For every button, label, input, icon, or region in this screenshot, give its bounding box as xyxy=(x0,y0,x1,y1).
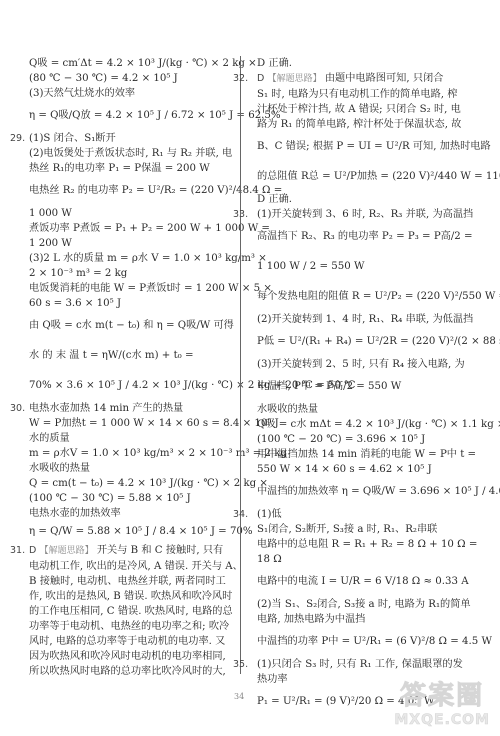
question-start-line: 31.D 【解题思路】 开关与 B 和 C 接触时, 只有 xyxy=(10,543,232,559)
page-number: 34 xyxy=(234,692,244,701)
line-text: B、C 错误; 根据 P = UI = U²/R 可知, 加热时电路 xyxy=(257,141,491,152)
text-line: 60 s = 3.6 × 10⁵ J xyxy=(10,296,232,311)
text-line: 由 Q吸 = c水 m(t − t₀) 和 η = Q吸/W 可得 xyxy=(10,311,232,341)
line-text: 的总阻值 R总 = U²/P加热 = (220 V)²/440 W = 110 … xyxy=(257,171,500,182)
line-text: (1)S 闭合、S₁断开 xyxy=(29,133,116,144)
text-line: S₁ 时, 电路为只有电动机工作的简单电路, 榨 xyxy=(257,87,485,102)
text-line: 风时, 电路的总功率等于电动机的电功率. 又 xyxy=(10,634,232,649)
line-text: 中温挡的加热效率 η = Q吸/W = 3.696 × 10⁵ J / 4.62… xyxy=(257,486,500,497)
text-line: (80 ℃ − 30 ℃) = 4.2 × 10⁵ J xyxy=(10,71,232,86)
text-line: 路为 R₁ 的简单电路, 榨汁杯处于保温状态, 故 xyxy=(257,117,485,132)
text-line: 70% × 3.6 × 10⁵ J / 4.2 × 10³ J/(kg · ℃)… xyxy=(10,371,232,401)
line-text: (100 ℃ − 30 ℃) = 5.88 × 10⁵ J xyxy=(29,493,191,504)
line-text: 由 Q吸 = c水 m(t − t₀) 和 η = Q吸/W 可得 xyxy=(29,320,234,331)
line-text: D 正确. xyxy=(257,58,292,69)
question-start-line: 30.电热水壶加热 14 min 产生的热量 xyxy=(10,401,232,416)
line-text: (2)当 S₁、S₂闭合, S₃接 a 时, 电路为 R₁的简单 xyxy=(257,599,471,610)
watermark-logo: 答案圈 xyxy=(394,675,490,712)
line-text: 1 100 W / 2 = 550 W xyxy=(257,261,364,272)
text-line: W = P加热t = 1 000 W × 14 × 60 s = 8.4 × 1… xyxy=(10,416,232,431)
line-text: Q吸 = c水 mΔt = 4.2 × 10³ J/(kg · ℃) × 1.1… xyxy=(257,419,500,430)
text-line: 的总阻值 R总 = U²/P加热 = (220 V)²/440 W = 110 … xyxy=(257,162,485,192)
answer-choice: D xyxy=(29,545,36,556)
line-text: 2 × 10⁻³ m³ = 2 kg xyxy=(29,268,127,279)
line-text: (80 ℃ − 30 ℃) = 4.2 × 10⁵ J xyxy=(29,73,178,84)
text-line: D 正确. xyxy=(257,192,485,207)
right-column: D 正确.32.D 【解题思路】 由题中电路图可知, 只闭合S₁ 时, 电路为只… xyxy=(257,56,485,717)
text-line: 水吸收的热量 xyxy=(257,402,485,417)
text-line: 2 × 10⁻³ m³ = 2 kg xyxy=(10,266,232,281)
watermark-url: MXQE.COM xyxy=(394,712,490,728)
answer-choice: D xyxy=(257,73,264,84)
line-text: P低 = U²/(R₁ + R₄) = U²/2R = (220 V)²/(2 … xyxy=(257,336,500,347)
line-text: η = Q吸/Q放 = 4.2 × 10⁵ J / 6.72 × 10⁵ J =… xyxy=(29,110,281,121)
text-line: 水 的 末 温 t = ηW/(c水 m) + t₀ = xyxy=(10,341,232,371)
line-text: (3)2 L 水的质量 m = ρ水 V = 1.0 × 10³ kg/m³ × xyxy=(29,253,267,264)
question-start-line: 32.D 【解题思路】 由题中电路图可知, 只闭合 xyxy=(257,71,485,87)
line-text: 汁杯处于榨汁挡, 故 A 错误; 只闭合 S₂ 时, 电 xyxy=(257,104,461,115)
text-line: (3)开关旋转到 2、5 时, 只有 R₄ 接入电路, 为 xyxy=(257,357,485,372)
line-text: 因为吹热风和吹冷风时电动机的电功率相同, xyxy=(29,651,226,662)
text-line: (100 ℃ − 20 ℃) = 3.696 × 10⁵ J xyxy=(257,432,485,447)
line-text: 水 的 末 温 t = ηW/(c水 m) + t₀ = xyxy=(29,350,194,361)
line-text: 电路中的电流 I = U/R = 6 V/18 Ω ≈ 0.33 A xyxy=(257,576,469,587)
text-line: B 接触时, 电动机、电热丝并联, 两者同时工 xyxy=(10,574,232,589)
column-divider xyxy=(240,56,241,674)
text-line: 电饭煲消耗的电能 W = P煮饭t时 = 1 200 W × 5 × xyxy=(10,281,232,296)
text-line: (2)开关旋转到 1、4 时, R₁、R₄ 串联, 为低温挡 xyxy=(257,312,485,327)
question-start-line: 35.(1)只闭合 S₃ 时, 只有 R₁ 工作, 保温眼罩的发 xyxy=(257,657,485,672)
text-line: 热丝 R₁的电功率 P₁ = P保温 = 200 W xyxy=(10,161,232,176)
line-text: 电路, 加热电路为中温挡 xyxy=(257,614,365,625)
line-text: (2)开关旋转到 1、4 时, R₁、R₄ 串联, 为低温挡 xyxy=(257,314,473,325)
text-line: 1 200 W xyxy=(10,236,232,251)
text-line: 中温挡的加热效率 η = Q吸/W = 3.696 × 10⁵ J / 4.62… xyxy=(257,477,485,507)
text-line: 550 W × 14 × 60 s = 4.62 × 10⁵ J xyxy=(257,462,485,477)
line-text: 所以吹热风时电路的总功率比吹冷风时的大, xyxy=(29,666,226,677)
line-text: (2)电饭煲处于煮饭状态时, R₁ 与 R₂ 并联, 电 xyxy=(29,148,232,159)
question-number: 34. xyxy=(233,507,248,522)
text-line: (100 ℃ − 30 ℃) = 5.88 × 10⁵ J xyxy=(10,491,232,506)
line-text: 功率等于电动机、电热丝的电功率之和; 吹冷 xyxy=(29,621,229,632)
text-line: 因为吹热风和吹冷风时电动机的电功率相同, xyxy=(10,649,232,664)
text-line: 水的质量 xyxy=(10,431,232,446)
line-text: 水的质量 xyxy=(29,433,70,444)
text-line: 1 000 W xyxy=(10,206,232,221)
text-line: (2)电饭煲处于煮饭状态时, R₁ 与 R₂ 并联, 电 xyxy=(10,146,232,161)
solution-hint-tag: 【解题思路】 xyxy=(40,546,94,556)
text-line: 功率等于电动机、电热丝的电功率之和; 吹冷 xyxy=(10,619,232,634)
line-text: 550 W × 14 × 60 s = 4.62 × 10⁵ J xyxy=(257,464,432,475)
watermark: 答案圈 MXQE.COM xyxy=(394,675,490,728)
text-line: 18 Ω xyxy=(257,552,485,567)
line-text: 的工作电压相同, C 错误. 吹热风时, 电路的总 xyxy=(29,606,233,617)
line-text: (1)只闭合 S₃ 时, 只有 R₁ 工作, 保温眼罩的发 xyxy=(257,659,463,670)
line-text: 作, 吹出的是热风, B 错误. 吹热风和吹冷风时 xyxy=(29,591,232,602)
line-text: (3)开关旋转到 2、5 时, 只有 R₄ 接入电路, 为 xyxy=(257,359,465,370)
text-line: 电路中的电流 I = U/R = 6 V/18 Ω ≈ 0.33 A xyxy=(257,567,485,597)
text-line: 1 100 W / 2 = 550 W xyxy=(257,252,485,282)
line-text: 水吸收的热量 xyxy=(257,404,318,415)
line-text: η = Q/W = 5.88 × 10⁵ J / 8.4 × 10⁵ J = 7… xyxy=(29,526,253,537)
line-text: D 正确. xyxy=(257,194,292,205)
line-text: 电饭煲消耗的电能 W = P煮饭t时 = 1 200 W × 5 × xyxy=(29,283,272,294)
solution-hint-tag: 【解题思路】 xyxy=(268,74,322,84)
line-text: 由题中电路图可知, 只闭合 xyxy=(325,73,444,84)
text-line: Q = cm(t − t₀) = 4.2 × 10³ J/(kg · ℃) × … xyxy=(10,476,232,491)
text-line: 的工作电压相同, C 错误. 吹热风时, 电路的总 xyxy=(10,604,232,619)
line-text: 中温挡, P中 = P高/2 = 550 W xyxy=(257,381,401,392)
text-line: 电路, 加热电路为中温挡 xyxy=(257,612,485,627)
line-text: 路为 R₁ 的简单电路, 榨汁杯处于保温状态, 故 xyxy=(257,119,461,130)
line-text: 热丝 R₁的电功率 P₁ = P保温 = 200 W xyxy=(29,163,210,174)
line-text: 电动机工作, 吹出的是冷风, A 错误. 开关与 A、 xyxy=(29,561,243,572)
text-line: (3)天然气灶烧水的效率 xyxy=(10,86,232,101)
line-text: 煮饭功率 P煮饭 = P₁ + P₂ = 200 W + 1 000 W = xyxy=(29,223,270,234)
line-text: Q = cm(t − t₀) = 4.2 × 10³ J/(kg · ℃) × … xyxy=(29,478,268,489)
line-text: 电热水壶加热 14 min 产生的热量 xyxy=(29,403,183,414)
left-column: Q吸 = cm′Δt = 4.2 × 10³ J/(kg · ℃) × 2 kg… xyxy=(10,56,232,679)
line-text: 热功率 xyxy=(257,674,288,685)
text-line: 电路中的总电阻 R = R₁ + R₂ = 8 Ω + 10 Ω = xyxy=(257,537,485,552)
text-line: 中温挡, P中 = P高/2 = 550 W xyxy=(257,372,485,402)
text-line: 高温挡下 R₂、R₃ 的电功率 P₂ = P₃ = P高/2 = xyxy=(257,222,485,252)
text-line: 煮饭功率 P煮饭 = P₁ + P₂ = 200 W + 1 000 W = xyxy=(10,221,232,236)
line-text: 每个发热电阻的阻值 R = U²/P₂ = (220 V)²/550 W = 8… xyxy=(257,291,500,302)
text-line: P低 = U²/(R₁ + R₄) = U²/2R = (220 V)²/(2 … xyxy=(257,327,485,357)
question-start-line: 33.(1)开关旋转到 3、6 时, R₂、R₃ 并联, 为高温挡 xyxy=(257,207,485,222)
line-text: (3)天然气灶烧水的效率 xyxy=(29,88,135,99)
line-text: W = P加热t = 1 000 W × 14 × 60 s = 8.4 × 1… xyxy=(29,418,279,429)
line-text: 60 s = 3.6 × 10⁵ J xyxy=(29,298,121,309)
line-text: 高温挡下 R₂、R₃ 的电功率 P₂ = P₃ = P高/2 = xyxy=(257,231,473,242)
line-text: S₁ 时, 电路为只有电动机工作的简单电路, 榨 xyxy=(257,89,457,100)
line-text: 风时, 电路的总功率等于电动机的电功率. 又 xyxy=(29,636,225,647)
text-line: η = Q/W = 5.88 × 10⁵ J / 8.4 × 10⁵ J = 7… xyxy=(10,521,232,543)
text-line: 汁杯处于榨汁挡, 故 A 错误; 只闭合 S₂ 时, 电 xyxy=(257,102,485,117)
line-text: 水吸收的热量 xyxy=(29,463,90,474)
question-number: 33. xyxy=(233,207,248,222)
text-line: 电动机工作, 吹出的是冷风, A 错误. 开关与 A、 xyxy=(10,559,232,574)
question-number: 32. xyxy=(233,71,248,86)
line-text: 电路中的总电阻 R = R₁ + R₂ = 8 Ω + 10 Ω = xyxy=(257,539,477,550)
line-text: 电热水壶的加热效率 xyxy=(29,508,121,519)
text-line: 水吸收的热量 xyxy=(10,461,232,476)
line-text: 开关与 B 和 C 接触时, 只有 xyxy=(97,545,223,556)
text-line: 作, 吹出的是热风, B 错误. 吹热风和吹冷风时 xyxy=(10,589,232,604)
text-line: 电热丝 R₂ 的电功率 P₂ = U²/R₂ = (220 V)²/48.4 Ω… xyxy=(10,176,232,206)
question-start-line: 29.(1)S 闭合、S₁断开 xyxy=(10,131,232,146)
text-line: 所以吹热风时电路的总功率比吹冷风时的大, xyxy=(10,664,232,679)
text-line: (2)当 S₁、S₂闭合, S₃接 a 时, 电路为 R₁的简单 xyxy=(257,597,485,612)
text-line: 每个发热电阻的阻值 R = U²/P₂ = (220 V)²/550 W = 8… xyxy=(257,282,485,312)
text-line: 电热水壶的加热效率 xyxy=(10,506,232,521)
line-text: 18 Ω xyxy=(257,554,282,565)
line-text: Q吸 = cm′Δt = 4.2 × 10³ J/(kg · ℃) × 2 kg… xyxy=(29,58,257,69)
question-number: 31. xyxy=(10,543,25,558)
text-line: Q吸 = cm′Δt = 4.2 × 10³ J/(kg · ℃) × 2 kg… xyxy=(10,56,232,71)
text-line: 用中温挡加热 14 min 消耗的电能 W = P中 t = xyxy=(257,447,485,462)
line-text: 1 200 W xyxy=(29,238,72,249)
line-text: 1 000 W xyxy=(29,208,72,219)
text-line: η = Q吸/Q放 = 4.2 × 10⁵ J / 6.72 × 10⁵ J =… xyxy=(10,101,232,131)
text-line: S₁闭合, S₂断开, S₃接 a 时, R₁、R₂串联 xyxy=(257,522,485,537)
text-line: B、C 错误; 根据 P = UI = U²/R 可知, 加热时电路 xyxy=(257,132,485,162)
line-text: (1)开关旋转到 3、6 时, R₂、R₃ 并联, 为高温挡 xyxy=(257,209,473,220)
text-line: D 正确. xyxy=(257,56,485,71)
line-text: (100 ℃ − 20 ℃) = 3.696 × 10⁵ J xyxy=(257,434,425,445)
text-line: Q吸 = c水 mΔt = 4.2 × 10³ J/(kg · ℃) × 1.1… xyxy=(257,417,485,432)
question-number: 29. xyxy=(10,131,25,146)
text-line: 中温挡的功率 P中 = U²/R₁ = (6 V)²/8 Ω = 4.5 W xyxy=(257,627,485,657)
line-text: B 接触时, 电动机、电热丝并联, 两者同时工 xyxy=(29,576,226,587)
question-number: 30. xyxy=(10,401,25,416)
line-text: 电热丝 R₂ 的电功率 P₂ = U²/R₂ = (220 V)²/48.4 Ω… xyxy=(29,185,282,196)
question-start-line: 34.(1)低 xyxy=(257,507,485,522)
line-text: 用中温挡加热 14 min 消耗的电能 W = P中 t = xyxy=(257,449,476,460)
line-text: (1)低 xyxy=(257,509,282,520)
text-line: (3)2 L 水的质量 m = ρ水 V = 1.0 × 10³ kg/m³ × xyxy=(10,251,232,266)
question-number: 35. xyxy=(233,657,248,672)
line-text: 中温挡的功率 P中 = U²/R₁ = (6 V)²/8 Ω = 4.5 W xyxy=(257,636,492,647)
line-text: m = ρ水V = 1.0 × 10³ kg/m³ × 2 × 10⁻³ m³ … xyxy=(29,448,287,459)
text-line: m = ρ水V = 1.0 × 10³ kg/m³ × 2 × 10⁻³ m³ … xyxy=(10,446,232,461)
line-text: S₁闭合, S₂断开, S₃接 a 时, R₁、R₂串联 xyxy=(257,524,437,535)
